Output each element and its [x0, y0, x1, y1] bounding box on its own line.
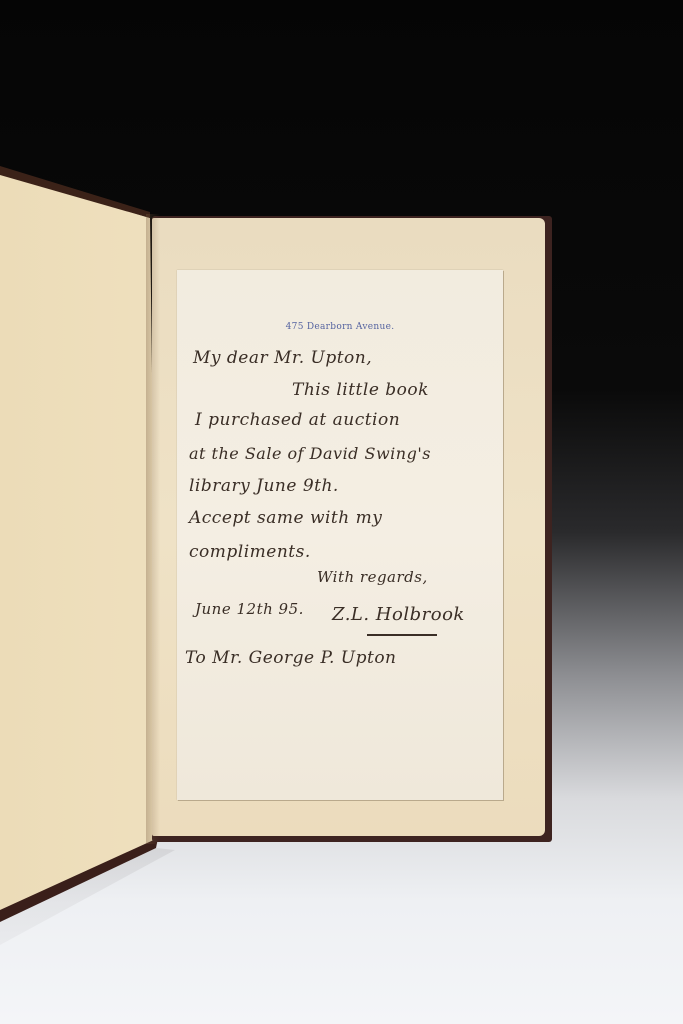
letter-date: June 12th 95. [195, 600, 304, 618]
salutation: My dear Mr. Upton, [193, 348, 372, 368]
letter-line: Accept same with my [189, 508, 382, 528]
signature: Z.L. Holbrook [332, 604, 465, 625]
letter-line: This little book [292, 380, 429, 400]
letter-line: at the Sale of David Swing's [189, 444, 431, 463]
letterhead: 475 Dearborn Avenue. [177, 322, 503, 332]
closing: With regards, [317, 568, 428, 586]
handwritten-letter: 475 Dearborn Avenue. My dear Mr. Upton, … [177, 270, 503, 800]
addressee: To Mr. George P. Upton [185, 648, 397, 668]
book-gutter [146, 214, 160, 844]
photo-scene: 475 Dearborn Avenue. My dear Mr. Upton, … [0, 0, 683, 1024]
letter-line: compliments. [189, 542, 311, 562]
letter-line: library June 9th. [189, 476, 339, 496]
letter-line: I purchased at auction [195, 410, 400, 430]
signature-underline [367, 634, 437, 636]
